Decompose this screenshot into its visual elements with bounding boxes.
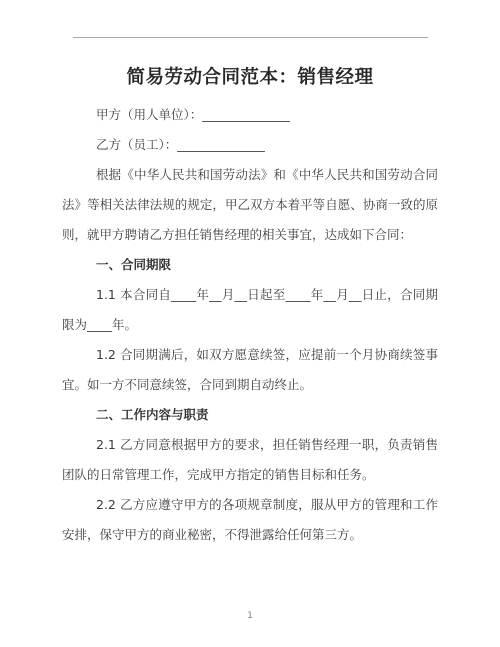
clause-1-1: 1.1 本合同自____年__月__日起至____年__月__日止，合同期限为_…	[62, 280, 438, 340]
document-page: 简易劳动合同范本：销售经理 甲方（用人单位）：______________ 乙方…	[0, 0, 500, 647]
document-title: 简易劳动合同范本：销售经理	[0, 63, 500, 89]
page-number: 1	[0, 611, 500, 621]
top-divider	[73, 37, 428, 38]
section-2-heading: 二、工作内容与职责	[62, 400, 438, 430]
party-b-line: 乙方（员工）：______________	[62, 130, 438, 160]
clause-2-2: 2.2 乙方应遵守甲方的各项规章制度，服从甲方的管理和工作安排，保守甲方的商业秘…	[62, 490, 438, 550]
preamble-paragraph: 根据《中华人民共和国劳动法》和《中华人民共和国劳动合同法》等相关法律法规的规定，…	[62, 160, 438, 250]
clause-1-2: 1.2 合同期满后，如双方愿意续签，应提前一个月协商续签事宜。如一方不同意续签，…	[62, 340, 438, 400]
section-1-heading: 一、合同期限	[62, 250, 438, 280]
party-a-line: 甲方（用人单位）：______________	[62, 100, 438, 130]
document-body: 甲方（用人单位）：______________ 乙方（员工）：_________…	[62, 100, 438, 550]
clause-2-1: 2.1 乙方同意根据甲方的要求，担任销售经理一职，负责销售团队的日常管理工作，完…	[62, 430, 438, 490]
